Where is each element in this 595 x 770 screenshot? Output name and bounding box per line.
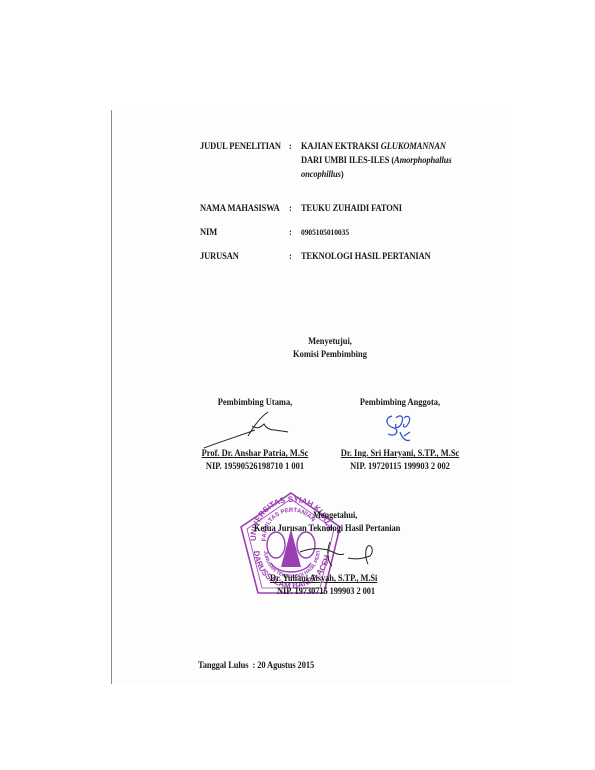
label-nim: NIM xyxy=(200,227,217,238)
main-supervisor-signature xyxy=(200,410,295,452)
value-judul-line2: DARI UMBI ILES-ILES (Amorphophallus xyxy=(301,155,452,166)
value-jurusan: TEKNOLOGI HASIL PERTANIAN xyxy=(301,251,431,262)
head-signature xyxy=(298,538,378,568)
ack-heading: Mengetahui, xyxy=(313,510,357,521)
value-judul-line3: oncophillus) xyxy=(301,169,344,180)
member-supervisor-nip: NIP. 19720115 199903 2 002 xyxy=(334,461,466,472)
approval-heading: Menyetujui, xyxy=(268,336,391,347)
label-judul: JUDUL PENELITIAN xyxy=(200,141,281,152)
member-supervisor-signature xyxy=(382,410,416,448)
approval-committee: Komisi Pembimbing xyxy=(268,349,391,360)
main-supervisor-name: Prof. Dr. Anshar Patria, M.Sc xyxy=(198,448,312,459)
sep-jurusan: : xyxy=(289,251,292,262)
label-nama: NAMA MAHASISWA xyxy=(200,203,280,214)
value-judul-line1: KAJIAN EKTRAKSI GLUKOMANNAN xyxy=(301,141,446,152)
head-nip: NIP. 19730715 199903 2 001 xyxy=(277,586,375,597)
ack-position: Ketua Jurusan Teknologi Hasil Pertanian xyxy=(254,523,400,534)
main-supervisor-role: Pembimbing Utama, xyxy=(198,397,312,408)
head-name: Dr. Yuliani Aisyah, S.TP., M.Si xyxy=(270,573,377,584)
value-nim: 0905105010035 xyxy=(301,227,349,237)
sep-judul: : xyxy=(289,141,292,152)
member-supervisor-role: Pembimbing Anggota, xyxy=(338,397,461,408)
label-jurusan: JURUSAN xyxy=(200,251,239,262)
main-supervisor-nip: NIP. 19590526198710 1 001 xyxy=(198,461,312,472)
member-supervisor-name: Dr. Ing. Sri Haryani, S.TP., M.Sc xyxy=(334,448,466,459)
graduation-date: Tanggal Lulus : 20 Agustus 2015 xyxy=(198,660,314,671)
value-nama: TEUKU ZUHAIDI FATONI xyxy=(301,203,402,214)
sep-nim: : xyxy=(289,227,292,238)
sep-nama: : xyxy=(289,203,292,214)
